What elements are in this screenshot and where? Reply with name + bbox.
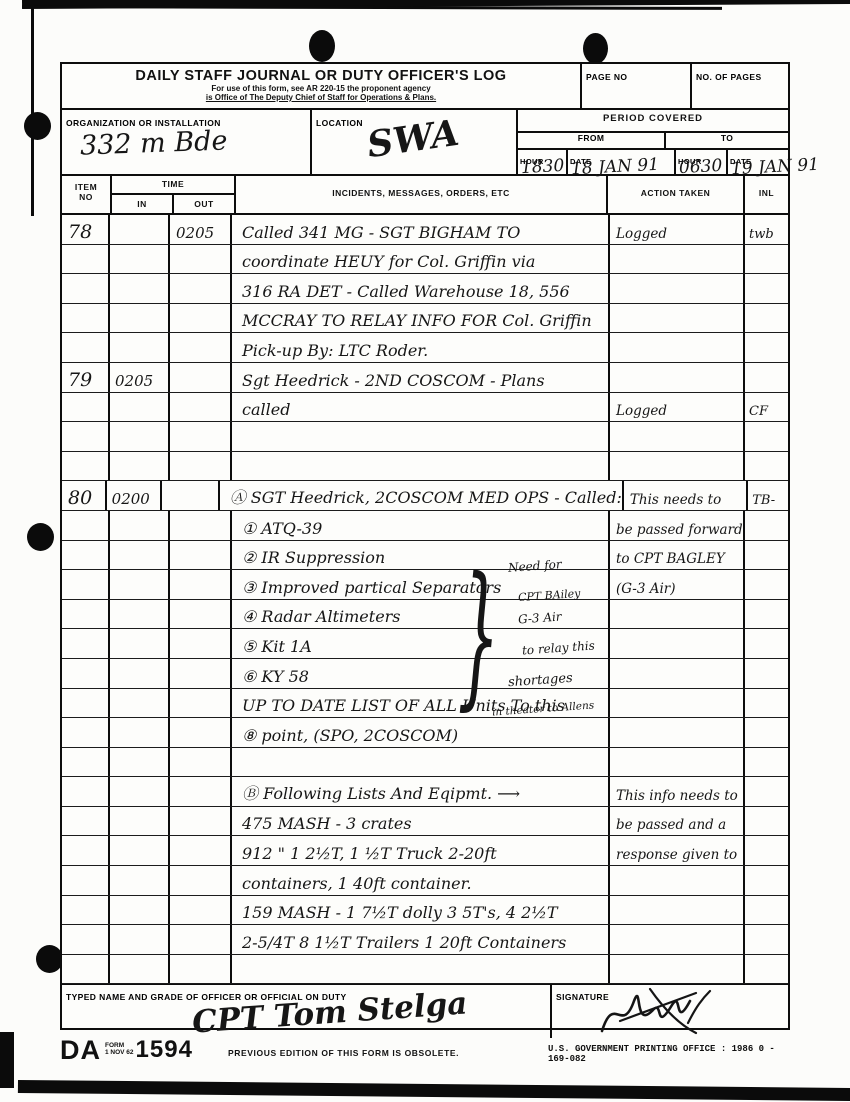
time-out-cell [170,333,232,362]
table-row: 79 0205 Sgt Heedrick - 2ND COSCOM - Plan… [62,363,788,393]
form-footer-print-line: DA FORM 1 NOV 62 1594 PREVIOUS EDITION O… [60,1038,800,1078]
form-subtitle-2: is Office of The Deputy Chief of Staff f… [62,93,580,102]
item-no-cell [62,955,110,984]
incident-cell [232,422,610,451]
signature-scrawl [592,979,722,1043]
binder-hole-icon [36,945,63,973]
item-no-cell [62,836,110,865]
time-in-cell [110,659,170,688]
location-label: LOCATION [316,118,363,128]
item-no-cell [62,511,110,540]
action-taken-cell: This info needs to [610,777,745,806]
incident-cell: ③ Improved partical Separators [232,570,610,599]
table-row: ⑤ Kit 1A [62,629,788,659]
time-in-cell [110,718,170,747]
incident-cell: UP TO DATE LIST OF ALL Units To this [232,689,610,718]
time-in-cell [110,807,170,836]
action-taken-cell: Logged [610,215,745,244]
time-out-cell [170,393,232,422]
action-taken-cell [610,689,745,718]
initials-cell [745,925,788,954]
to-date-field: DATE 19 JAN 91 [728,150,788,174]
action-taken-cell [610,866,745,895]
column-header-time: TIME IN OUT [112,176,236,213]
action-taken-cell [610,422,745,451]
initials-cell [745,511,788,540]
initials-cell [745,304,788,333]
item-no-cell [62,659,110,688]
table-row [62,422,788,452]
incident-cell: called [232,393,610,422]
table-row: 475 MASH - 3 crates be passed and a [62,807,788,837]
time-out-cell [170,955,232,984]
item-no-cell [62,777,110,806]
time-in-cell [110,452,170,481]
action-taken-cell [610,452,745,481]
initials-cell [745,570,788,599]
location-value: SWA [365,112,462,166]
initials-cell [745,422,788,451]
form-subtitle-1: For use of this form, see AR 220-15 the … [62,84,580,93]
incident-cell: 316 RA DET - Called Warehouse 18, 556 [232,274,610,303]
initials-cell: TB- [748,481,788,510]
incident-cell: 159 MASH - 1 7½T dolly 3 5T's, 4 2½T [232,896,610,925]
initials-cell [745,363,788,392]
page-no-field: PAGE NO [582,64,692,108]
table-row: 159 MASH - 1 7½T dolly 3 5T's, 4 2½T [62,896,788,926]
organization-field: ORGANIZATION OR INSTALLATION 332 m Bde [62,110,312,174]
time-out-cell [170,836,232,865]
from-hour-value: 1830 [521,156,565,178]
initials-cell [745,245,788,274]
no-of-pages-label: NO. OF PAGES [696,72,762,82]
initials-cell [745,689,788,718]
item-no-cell [62,925,110,954]
binder-hole-icon [27,523,54,551]
from-to-row: FROM TO [518,133,788,150]
initials-cell: twb [745,215,788,244]
da-form-number-block: DA FORM 1 NOV 62 1594 [60,1038,193,1062]
time-in-cell [110,777,170,806]
time-out-cell [170,452,232,481]
action-taken-cell [610,245,745,274]
column-header-item-no: ITEM NO [62,176,112,213]
time-label: TIME [112,176,234,195]
incident-cell: Ⓑ Following Lists And Eqipmt. ⟶ [232,777,610,806]
initials-cell [745,955,788,984]
column-header-incidents: INCIDENTS, MESSAGES, ORDERS, ETC [236,176,608,213]
time-in-cell [110,511,170,540]
action-taken-cell [610,896,745,925]
initials-cell [745,452,788,481]
table-row: coordinate HEUY for Col. Griffin via [62,245,788,275]
incident-cell: 2-5/4T 8 1½T Trailers 1 20ft Containers [232,925,610,954]
item-no-cell: 79 [62,363,110,392]
table-row [62,748,788,778]
item-no-cell [62,304,110,333]
item-no-cell [62,541,110,570]
from-label: FROM [518,133,666,148]
incident-cell: ④ Radar Altimeters [232,600,610,629]
obsolete-note: PREVIOUS EDITION OF THIS FORM IS OBSOLET… [228,1048,459,1058]
table-row: 316 RA DET - Called Warehouse 18, 556 [62,274,788,304]
action-taken-cell [610,600,745,629]
time-out-cell: 0205 [170,215,232,244]
initials-cell: CF [745,393,788,422]
initials-cell [745,896,788,925]
item-no-cell [62,393,110,422]
scan-edge-bottom [18,1080,850,1101]
incident-cell: Called 341 MG - SGT BIGHAM TO [232,215,610,244]
scan-edge-left [31,4,34,216]
initials-cell [745,836,788,865]
initials-cell [745,807,788,836]
table-row: ② IR Suppression to CPT BAGLEY [62,541,788,571]
table-row: 912 " 1 2½T, 1 ½T Truck 2-20ft response … [62,836,788,866]
time-out-cell [170,511,232,540]
initials-cell [745,600,788,629]
to-hour-value: 0630 [679,156,723,178]
item-no-cell [62,333,110,362]
table-row: UP TO DATE LIST OF ALL Units To this [62,689,788,719]
binder-hole-icon [24,112,51,140]
officer-signature-row: TYPED NAME AND GRADE OF OFFICER OR OFFIC… [62,984,788,1038]
item-no-cell [62,452,110,481]
action-taken-cell [610,274,745,303]
incident-cell [232,955,610,984]
form-edition: FORM 1 NOV 62 [105,1042,134,1056]
time-in-cell [110,304,170,333]
item-no-cell [62,807,110,836]
item-no-cell [62,245,110,274]
action-taken-cell [610,659,745,688]
table-row: containers, 1 40ft container. [62,866,788,896]
action-taken-cell [610,333,745,362]
typed-name-field: TYPED NAME AND GRADE OF OFFICER OR OFFIC… [62,985,552,1038]
time-in-cell [110,570,170,599]
initials-cell [745,718,788,747]
time-out-cell [170,689,232,718]
time-out-cell [170,777,232,806]
initials-cell [745,659,788,688]
time-in-cell [110,245,170,274]
action-taken-cell: to CPT BAGLEY [610,541,745,570]
time-out-cell [170,925,232,954]
time-in-cell [110,866,170,895]
period-covered-block: PERIOD COVERED FROM TO HOUR 1830 DATE 18… [518,110,788,174]
action-taken-cell [610,718,745,747]
period-covered-label: PERIOD COVERED [518,110,788,133]
item-no-cell [62,570,110,599]
from-date-field: DATE 18 JAN 91 [568,150,676,174]
time-in-cell [110,333,170,362]
location-field: LOCATION SWA [312,110,518,174]
time-in-cell: 0200 [107,481,163,510]
no-of-pages-field: NO. OF PAGES [692,64,788,108]
incident-cell: 475 MASH - 3 crates [232,807,610,836]
time-out-cell [170,274,232,303]
time-out-cell [170,304,232,333]
time-in-cell [110,925,170,954]
time-out-cell [170,363,232,392]
initials-cell [745,274,788,303]
item-no-cell [62,629,110,658]
time-in-cell [110,600,170,629]
action-taken-cell [610,629,745,658]
incident-cell: Sgt Heedrick - 2ND COSCOM - Plans [232,363,610,392]
table-row: 80 0200 Ⓐ SGT Heedrick, 2COSCOM MED OPS … [62,481,788,511]
item-no-cell [62,748,110,777]
initials-cell [745,629,788,658]
time-out-cell [170,659,232,688]
hour-date-row: HOUR 1830 DATE 18 JAN 91 HOUR 0630 DATE … [518,150,788,174]
gpo-line: U.S. GOVERNMENT PRINTING OFFICE : 1986 0… [548,1044,800,1064]
incident-cell [232,748,610,777]
time-out-cell [170,718,232,747]
page-no-label: PAGE NO [586,72,627,82]
time-in-cell [110,422,170,451]
table-row: ⑥ KY 58 [62,659,788,689]
action-taken-cell [610,748,745,777]
da-form-1594: DAILY STAFF JOURNAL OR DUTY OFFICER'S LO… [60,62,790,1030]
time-out-cell [170,570,232,599]
table-row: MCCRAY TO RELAY INFO FOR Col. Griffin [62,304,788,334]
to-date-value: 19 JAN 91 [731,155,820,180]
time-in-cell [110,955,170,984]
action-taken-cell [610,925,745,954]
form-header-row: DAILY STAFF JOURNAL OR DUTY OFFICER'S LO… [62,64,788,110]
table-row: 2-5/4T 8 1½T Trailers 1 20ft Containers [62,925,788,955]
item-no-cell [62,689,110,718]
item-label-line1: ITEM [62,182,110,192]
journal-column-headers: ITEM NO TIME IN OUT INCIDENTS, MESSAGES,… [62,176,788,215]
incident-cell: containers, 1 40ft container. [232,866,610,895]
item-no-cell [62,718,110,747]
hole-punch-icon [309,30,335,62]
time-in-cell [110,896,170,925]
table-row: Ⓑ Following Lists And Eqipmt. ⟶ This inf… [62,777,788,807]
action-taken-cell [610,304,745,333]
from-hour-field: HOUR 1830 [518,150,568,174]
initials-cell [745,866,788,895]
time-out-cell [170,896,232,925]
item-no-cell [62,274,110,303]
organization-value: 332 m Bde [80,125,228,161]
time-in-cell [110,393,170,422]
column-header-in: IN [112,195,174,213]
form-title-block: DAILY STAFF JOURNAL OR DUTY OFFICER'S LO… [62,64,582,108]
table-row: called Logged CF [62,393,788,423]
time-out-cell [170,600,232,629]
item-label-line2: NO [62,192,110,202]
table-row: ③ Improved partical Separators (G-3 Air) [62,570,788,600]
initials-cell [745,748,788,777]
incident-cell: 912 " 1 2½T, 1 ½T Truck 2-20ft [232,836,610,865]
in-out-subheaders: IN OUT [112,195,234,213]
column-header-action-taken: ACTION TAKEN [608,176,745,213]
time-in-cell [110,274,170,303]
table-row: ① ATQ-39 be passed forward [62,511,788,541]
time-in-cell [110,629,170,658]
journal-rows: 78 0205 Called 341 MG - SGT BIGHAM TO Lo… [62,215,788,984]
action-taken-cell: be passed and a [610,807,745,836]
table-row: Pick-up By: LTC Roder. [62,333,788,363]
table-row: 78 0205 Called 341 MG - SGT BIGHAM TO Lo… [62,215,788,245]
column-header-out: OUT [174,195,234,213]
item-no-cell [62,422,110,451]
item-no-cell: 80 [62,481,107,510]
incident-cell: Pick-up By: LTC Roder. [232,333,610,362]
action-taken-cell: response given to [610,836,745,865]
hole-punch-icon [583,33,608,64]
time-in-cell [110,748,170,777]
item-no-cell [62,866,110,895]
time-out-cell [170,541,232,570]
item-no-cell: 78 [62,215,110,244]
table-row: ⑧ point, (SPO, 2COSCOM) [62,718,788,748]
action-taken-cell: (G-3 Air) [610,570,745,599]
incident-cell: MCCRAY TO RELAY INFO FOR Col. Griffin [232,304,610,333]
incident-cell: ② IR Suppression [232,541,610,570]
incident-cell: coordinate HEUY for Col. Griffin via [232,245,610,274]
form-title: DAILY STAFF JOURNAL OR DUTY OFFICER'S LO… [62,68,580,84]
time-out-cell [170,245,232,274]
signature-field: SIGNATURE [552,985,788,1038]
scan-artifact [0,1032,14,1088]
scanned-document-page: DAILY STAFF JOURNAL OR DUTY OFFICER'S LO… [0,0,850,1102]
item-no-cell [62,600,110,629]
incident-cell: ⑤ Kit 1A [232,629,610,658]
to-label: TO [666,133,788,148]
incident-cell: ⑥ KY 58 [232,659,610,688]
action-taken-cell: be passed forward [610,511,745,540]
time-out-cell [170,866,232,895]
time-out-cell [170,629,232,658]
action-taken-cell: This needs to [624,481,748,510]
incident-cell: Ⓐ SGT Heedrick, 2COSCOM MED OPS - Called… [220,481,624,510]
item-no-cell [62,896,110,925]
initials-cell [745,541,788,570]
form-number: 1594 [136,1038,193,1062]
time-in-cell: 0205 [110,363,170,392]
org-location-period-row: ORGANIZATION OR INSTALLATION 332 m Bde L… [62,110,788,176]
incident-cell: ① ATQ-39 [232,511,610,540]
action-taken-cell: Logged [610,393,745,422]
action-taken-cell [610,363,745,392]
incident-cell [232,452,610,481]
time-in-cell [110,836,170,865]
table-row [62,452,788,482]
time-out-cell [170,807,232,836]
incident-cell: ⑧ point, (SPO, 2COSCOM) [232,718,610,747]
initials-cell [745,777,788,806]
time-in-cell [110,689,170,718]
time-in-cell [110,215,170,244]
table-row: ④ Radar Altimeters [62,600,788,630]
to-hour-field: HOUR 0630 [676,150,728,174]
initials-cell [745,333,788,362]
scan-edge-top-thin [22,5,722,10]
da-label: DA [60,1038,101,1062]
column-header-initials: INL [745,176,788,213]
time-out-cell [170,422,232,451]
time-in-cell [110,541,170,570]
time-out-cell [170,748,232,777]
time-out-cell [162,481,219,510]
